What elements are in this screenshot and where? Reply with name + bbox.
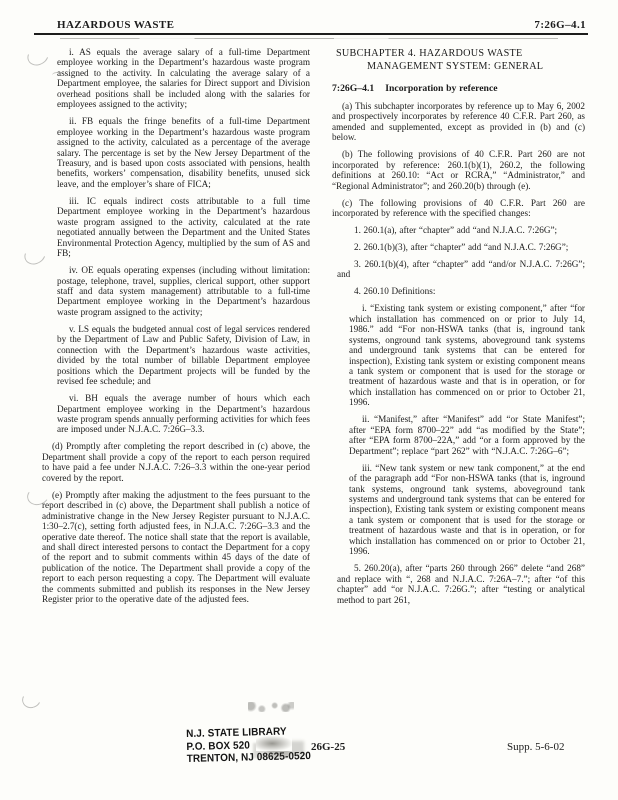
definition-item-iv: iv. OE equals operating expenses (includ… [57,265,310,317]
paragraph-d: (d) Promptly after completing the report… [42,441,310,483]
header-rule [34,33,588,35]
paragraph-e: (e) Promptly after making the adjustment… [42,490,310,605]
change-item-1: 1. 260.1(a), after “chapter” add “and N.… [337,225,585,235]
change-item-2: 2. 260.1(b)(3), after “chapter” add “and… [337,242,585,252]
section-heading: 7:26G–4.1Incorporation by reference [332,84,585,94]
definition-item-iii: iii. IC equals indirect costs attributab… [57,196,310,259]
stamp-line-3: TRENTON, NJ 08625-0520 [187,750,311,766]
definition-item-i: i. AS equals the average salary of a ful… [57,47,310,110]
section-title: Incorporation by reference [385,83,497,94]
right-column: SUBCHAPTER 4. HAZARDOUS WASTE MANAGEMENT… [332,47,585,611]
section-number: 7:26G–4.1 [332,83,374,94]
definition-item-ii: ii. FB equals the fringe benefits of a f… [57,116,310,189]
paragraph-a: (a) This subchapter incorporates by refe… [332,101,585,143]
change-item-4: 4. 260.10 Definitions: [337,286,585,296]
definition-change-i: i. “Existing tank system or existing com… [349,303,585,408]
document-page: HAZARDOUS WASTE 7:26G–4.1 i. AS equals t… [0,0,618,800]
paragraph-b: (b) The following provisions of 40 C.F.R… [332,149,585,191]
change-item-5: 5. 260.20(a), after “parts 260 through 2… [337,563,585,605]
library-stamp: N.J. STATE LIBRARY P.O. BOX 520 TRENTON,… [186,725,311,766]
subchapter-title: SUBCHAPTER 4. HAZARDOUS WASTE MANAGEMENT… [336,47,585,73]
running-head-section: 7:26G–4.1 [534,19,586,31]
pencil-mark-arc-4 [20,688,44,710]
stamp-smudge [256,736,292,751]
definition-item-v: v. LS equals the budgeted annual cost of… [57,324,310,387]
subchapter-title-line2: MANAGEMENT SYSTEM: GENERAL [367,60,585,73]
running-head-title: HAZARDOUS WASTE [57,19,174,31]
page-number: 26G-25 [311,741,345,753]
running-header: HAZARDOUS WASTE 7:26G–4.1 [57,19,586,31]
paragraph-c: (c) The following provisions of 40 C.F.R… [332,198,585,219]
change-item-3: 3. 260.1(b)(4), after “chapter” add “and… [337,259,585,280]
subchapter-title-line1: SUBCHAPTER 4. HAZARDOUS WASTE [336,47,585,60]
header-rule-shadow [60,38,558,39]
definition-change-ii: ii. “Manifest,” after “Manifest” add “or… [349,414,585,456]
supplement-date: Supp. 5-6-02 [507,741,564,753]
pencil-mark-dots [248,702,294,712]
definition-item-vi: vi. BH equals the average number of hour… [57,393,310,435]
left-column: i. AS equals the average salary of a ful… [42,47,310,611]
definition-change-iii: iii. “New tank system or new tank compon… [349,463,585,557]
